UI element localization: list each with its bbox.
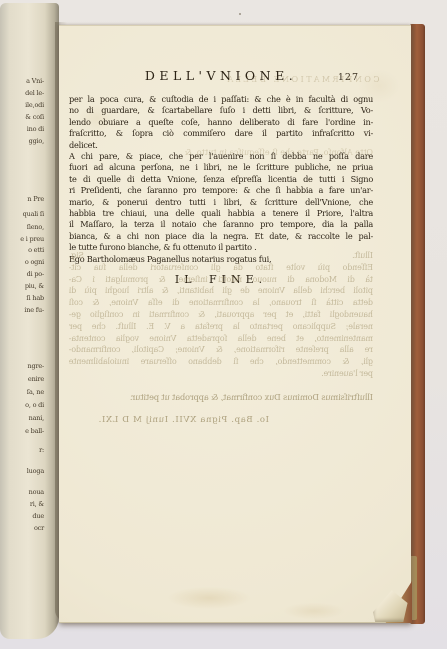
gutter-text-fragment: ggio,	[29, 138, 44, 145]
showthrough-date-line: Io. Bap. Pigna XVII. Iunij M D LXI.	[69, 415, 269, 427]
paragraph-1: per la poca cura, & cuſtodia de i paſſat…	[69, 94, 373, 151]
showthrough-line: detta città ſi trouano, la confirmatione…	[69, 297, 373, 309]
paragraph-2: A chi pare, & piace, che per l'auenire n…	[69, 151, 373, 254]
text-line: il Maſſaro, la terza il notaio che ſaran…	[69, 219, 373, 230]
showthrough-body: Illuſt. Sig.Eſſendo più volte ſtato da g…	[69, 250, 373, 380]
ink-speck	[239, 13, 241, 15]
gutter-text-fragment: o ogni	[25, 259, 44, 266]
verso-showthrough: Illuſt. Sig.Eſſendo più volte ſtato da g…	[69, 250, 373, 426]
gutter-text-fragment: ino di	[27, 126, 44, 133]
gutter-text-fragment: ile,odi	[25, 102, 44, 109]
showthrough-line: Eſſendo più volte ſtato da gli conſeruat…	[69, 262, 373, 274]
running-header-title: DELL'VNIONE.	[69, 68, 373, 83]
gutter-text-fragment: n Pre	[27, 196, 44, 203]
gutter-text-fragment: luoga	[27, 468, 44, 475]
gutter-text-fragment: ine fu-	[24, 307, 44, 314]
showthrough-line: re alla preſente riformatione, & Vnione;…	[69, 344, 373, 356]
text-line: bianca, & a chi non piace dia la negra. …	[69, 231, 373, 242]
gutter-text-fragment: ri, &	[30, 501, 44, 508]
gutter-text-fragment: ſa, ne	[27, 389, 44, 396]
gutter-text-fragment: o, o di	[25, 402, 44, 409]
text-line: ri Preſidenti, che ſaranno pro tempore: …	[69, 185, 373, 196]
gutter-text-fragment: due	[32, 513, 44, 520]
gutter-text-fragment: a Vni-	[26, 78, 44, 85]
gutter-text-fragment: enire	[28, 376, 44, 383]
gutter-text-fragment: e i preu	[20, 236, 44, 243]
page-corner-fold	[373, 584, 409, 622]
book-photograph: a Vni-del le-ile,odi& coſiino diggio,n P…	[0, 0, 447, 649]
text-line: mario, & ponerui dentro tutti i libri, &…	[69, 197, 373, 208]
gutter-text-fragment: del le-	[25, 90, 44, 97]
gutter-text-fragment: nani,	[29, 415, 44, 422]
text-line: no di guardare, & ſcartabellare ſuſo i d…	[69, 105, 373, 116]
gutter-text-fragment: & coſi	[25, 114, 44, 121]
page-number: 127	[338, 72, 359, 83]
showthrough-line: per l'auenire.	[69, 368, 373, 380]
gutter-text-fragment: e ball-	[25, 428, 44, 435]
book-page: CONFIRMATIONE DELLA Otte Alfonſo. Parte …	[59, 25, 411, 623]
gutter-text-fragment: di po-	[27, 271, 44, 278]
text-line: te di quelle di detta Vnione, ſenza eſpr…	[69, 174, 373, 185]
gutter-text-fragment: ocr	[34, 525, 44, 532]
showthrough-line: hauendogli fatti, et per approuati, & co…	[69, 309, 373, 321]
showthrough-line: pitoli berchi della Vnione de gli habita…	[69, 285, 373, 297]
showthrough-line: nerale; Supplicano pertanto la prefata a…	[69, 321, 373, 333]
gutter-text-fragment: o etti	[28, 247, 44, 254]
gutter-text-fragment: noua	[29, 489, 44, 496]
facing-page-gutter: a Vni-del le-ile,odi& coſiino diggio,n P…	[0, 3, 59, 639]
gutter-text-fragment: r:	[39, 447, 44, 454]
showthrough-approval-line: Illuſtriſsimus Dominus Dux confirmat, & …	[69, 392, 373, 404]
text-line: habbia tre chiaui, una delle quali habbi…	[69, 208, 373, 219]
gutter-text-fragment: ngre-	[28, 363, 45, 370]
text-line: lendo obuiare a queſte coſe, hanno delib…	[69, 117, 373, 128]
running-header: DELL'VNIONE. 127	[69, 68, 373, 84]
text-line: delicet.	[69, 140, 373, 151]
showthrough-line: gli, & commettendo, che ſi debbano oſſer…	[69, 356, 373, 368]
showthrough-line: Illuſt. Sig.	[69, 250, 373, 262]
book-cover-edge	[410, 24, 425, 624]
text-line: fuori ad alcuna perſona, ne i libri, ne …	[69, 162, 373, 173]
text-line: per la poca cura, & cuſtodia de i paſſat…	[69, 94, 373, 105]
showthrough-line: mantenimento, et bene della ſopradetta V…	[69, 333, 373, 345]
text-line: fraſcritto, & ſopra ciò commiſero dare i…	[69, 128, 373, 139]
gutter-text-fragment: ſieno,	[27, 224, 44, 231]
showthrough-line: tà di Modona di nuouo ridotti inſieme, &…	[69, 274, 373, 286]
gutter-text-fragment: piu, &	[25, 283, 44, 290]
text-line: A chi pare, & piace, che per l'auenire n…	[69, 151, 373, 162]
gutter-text-fragment: ſi hab	[26, 295, 44, 302]
gutter-text-fragment: quali ſi	[23, 211, 44, 218]
